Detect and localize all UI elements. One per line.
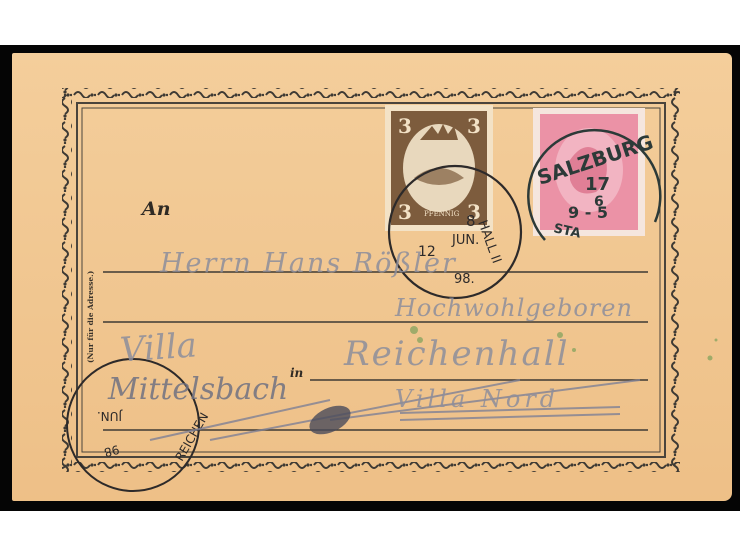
- svg-text:3: 3: [398, 200, 412, 224]
- handwriting-town: Reichenhall: [344, 334, 569, 374]
- address-only-note: (Nur für die Adresse.): [86, 271, 95, 363]
- ink-smudge: [305, 400, 355, 440]
- svg-text:3: 3: [467, 114, 481, 138]
- handwriting-crossed-line: Villa Nord: [395, 385, 559, 413]
- handwriting-recipient: Herrn Hans Rößler: [160, 248, 457, 279]
- svg-text:JUN.: JUN.: [97, 409, 123, 423]
- salutation-label: An: [142, 198, 171, 220]
- handwriting-redirect: Mittelsbach: [108, 372, 288, 407]
- svg-text:JUN.: JUN.: [451, 233, 479, 248]
- svg-text:8: 8: [466, 212, 476, 230]
- place-label: in: [290, 366, 303, 380]
- svg-text:PFENNIG: PFENNIG: [424, 210, 460, 218]
- handwriting-title: Hochwohlgeboren: [395, 294, 633, 322]
- svg-text:3: 3: [398, 114, 412, 138]
- svg-text:17: 17: [585, 174, 610, 195]
- svg-text:BAYERN: BAYERN: [426, 118, 457, 126]
- svg-text:98.: 98.: [454, 272, 475, 287]
- svg-text:9 - 5: 9 - 5: [568, 203, 608, 222]
- handwriting-left-note: Villa: [119, 325, 198, 370]
